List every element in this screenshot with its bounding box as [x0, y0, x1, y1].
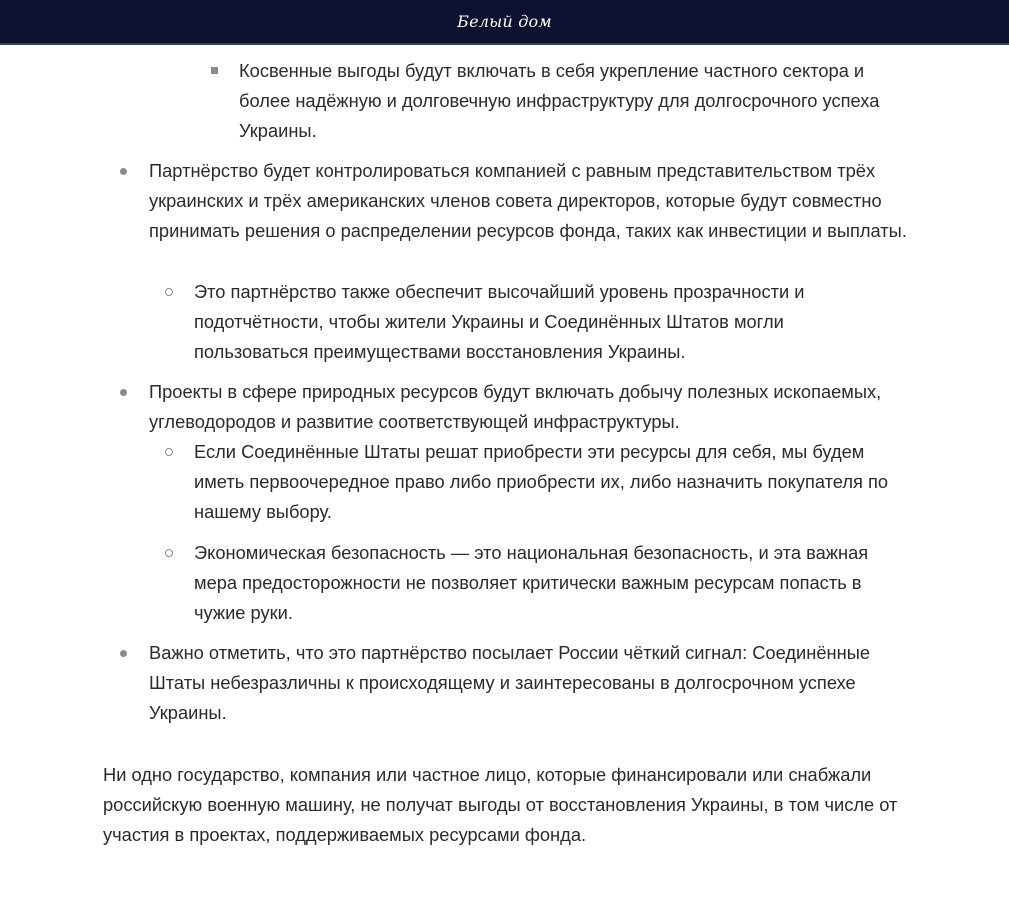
list-item: Важно отметить, что это партнёрство посы… [149, 638, 909, 728]
site-title[interactable]: Белый дом [457, 12, 552, 31]
circle-bullet-icon [165, 549, 173, 557]
list-item-text: Проекты в сфере природных ресурсов будут… [149, 377, 914, 437]
list-item: Партнёрство будет контролироваться компа… [149, 156, 914, 246]
list-item-text: Экономическая безопасность — это национа… [194, 538, 899, 628]
site-header: Белый дом [0, 0, 1009, 45]
list-item: Экономическая безопасность — это национа… [194, 538, 899, 628]
list-item-text: Косвенные выгоды будут включать в себя у… [239, 56, 919, 146]
list-item: Косвенные выгоды будут включать в себя у… [239, 56, 919, 146]
list-item-text: Если Соединённые Штаты решат приобрести … [194, 437, 919, 527]
circle-bullet-icon [165, 288, 173, 296]
list-item: Проекты в сфере природных ресурсов будут… [149, 377, 914, 437]
disc-bullet-icon [120, 168, 127, 175]
list-item: Это партнёрство также обеспечит высочайш… [194, 277, 844, 367]
paragraph-text: Ни одно государство, компания или частно… [103, 760, 933, 850]
disc-bullet-icon [120, 650, 127, 657]
list-item-text: Это партнёрство также обеспечит высочайш… [194, 277, 844, 367]
list-item: Если Соединённые Штаты решат приобрести … [194, 437, 919, 527]
list-item-text: Партнёрство будет контролироваться компа… [149, 156, 914, 246]
closing-paragraph: Ни одно государство, компания или частно… [103, 760, 933, 850]
list-item-text: Важно отметить, что это партнёрство посы… [149, 638, 909, 728]
disc-bullet-icon [120, 389, 127, 396]
square-bullet-icon [211, 67, 218, 74]
circle-bullet-icon [165, 448, 173, 456]
